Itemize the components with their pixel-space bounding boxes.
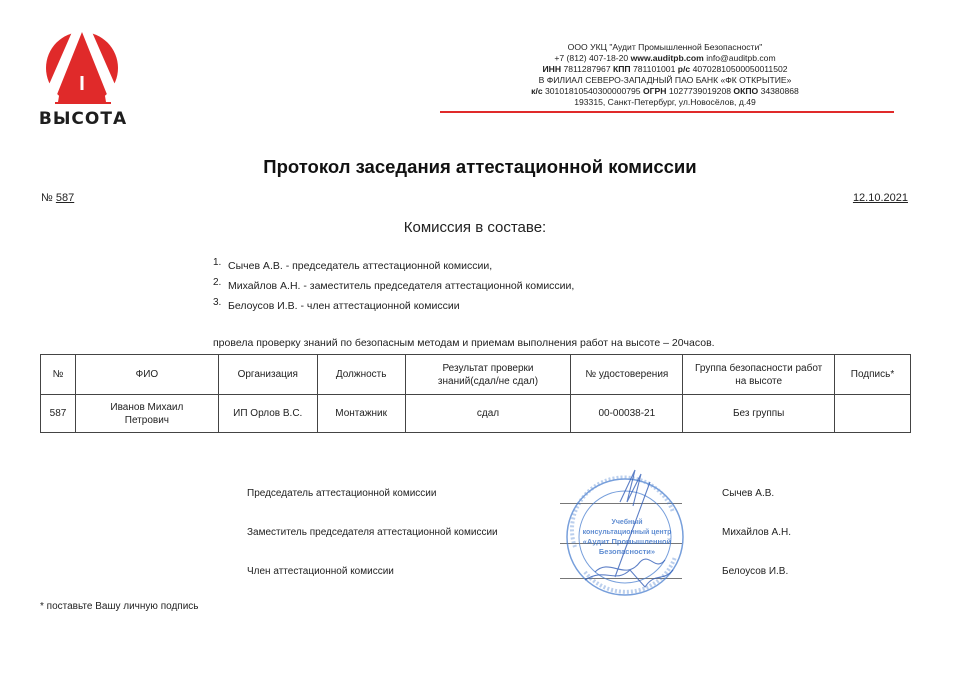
commission-members: 1. Сычев А.В. - председатель аттестацион… xyxy=(213,260,574,320)
stamp-line: консультационный центр xyxy=(583,528,672,536)
table-header-row: № ФИО Организация Должность Результат пр… xyxy=(41,355,911,395)
number-value: 587 xyxy=(56,192,74,204)
document-number: № 587 xyxy=(41,192,74,204)
company-website[interactable]: www.auditpb.com xyxy=(631,53,704,63)
header-cell: Должность xyxy=(317,355,405,395)
member-number: 2. xyxy=(213,277,228,288)
rs-value: 40702810500050011502 xyxy=(693,64,788,74)
member-number: 1. xyxy=(213,257,228,268)
company-email[interactable]: info@auditpb.com xyxy=(706,53,775,63)
signature-name-deputy: Михайлов А.Н. xyxy=(722,527,791,538)
member-number: 3. xyxy=(213,297,228,308)
signature-role-chairman: Председатель аттестационной комиссии xyxy=(247,488,436,499)
header-cell: № xyxy=(41,355,76,395)
member-item: 1. Сычев А.В. - председатель аттестацион… xyxy=(213,260,574,280)
rs-label: р/с xyxy=(678,64,690,74)
cell-certificate: 00-00038-21 xyxy=(571,395,683,433)
stamp-line: Учебный xyxy=(611,518,642,526)
member-item: 3. Белоусов И.В. - член аттестационной к… xyxy=(213,300,574,320)
logo-text: ВЫСОТА xyxy=(38,109,128,129)
table-row: 587 Иванов Михаил Петрович ИП Орлов В.С.… xyxy=(41,395,911,433)
kpp-label: КПП xyxy=(613,64,631,74)
ogrn-value: 1027739019208 xyxy=(669,86,731,96)
company-address: 193315, Санкт-Петербург, ул.Новосёлов, д… xyxy=(440,97,890,108)
company-details: ООО УКЦ "Аудит Промышленной Безопасности… xyxy=(440,42,890,108)
document-date: 12.10.2021 xyxy=(853,192,908,204)
commission-heading: Комиссия в составе: xyxy=(0,219,950,236)
intro-text: провела проверку знаний по безопасным ме… xyxy=(213,337,715,349)
signature-name-chairman: Сычев А.В. xyxy=(722,488,774,499)
header-cell: Результат проверки знаний(сдал/не сдал) xyxy=(405,355,571,395)
signature-role-member: Член аттестационной комиссии xyxy=(247,566,394,577)
logo-divider xyxy=(55,102,111,104)
cell-number: 587 xyxy=(41,395,76,433)
cell-organization: ИП Орлов В.С. xyxy=(218,395,317,433)
header-cell: ФИО xyxy=(75,355,218,395)
okpo-value: 34380868 xyxy=(761,86,799,96)
results-table: № ФИО Организация Должность Результат пр… xyxy=(40,354,911,433)
company-phone: +7 (812) 407-18-20 xyxy=(554,53,628,63)
ks-label: к/с xyxy=(531,86,542,96)
member-item: 2. Михайлов А.Н. - заместитель председат… xyxy=(213,280,574,300)
signature-name-member: Белоусов И.В. xyxy=(722,566,788,577)
kpp-value: 781101001 xyxy=(633,64,675,74)
cell-signature xyxy=(835,395,911,433)
document-title: Протокол заседания аттестационной комисс… xyxy=(0,156,960,178)
official-stamp: Учебный консультационный центр «Аудит Пр… xyxy=(555,462,700,597)
stamp-line: Безопасности» xyxy=(599,547,655,556)
header-cell: Группа безопасности работ на высоте xyxy=(683,355,835,395)
header-cell: Организация xyxy=(218,355,317,395)
ks-value: 30101810540300000795 xyxy=(545,86,641,96)
inn-label: ИНН xyxy=(542,64,561,74)
cell-result: сдал xyxy=(405,395,571,433)
company-bank: В ФИЛИАЛ СЕВЕРО-ЗАПАДНЫЙ ПАО БАНК «ФК ОТ… xyxy=(440,75,890,86)
header-cell: № удостоверения xyxy=(571,355,683,395)
footnote: * поставьте Вашу личную подпись xyxy=(40,601,199,612)
member-text: Михайлов А.Н. - заместитель председателя… xyxy=(228,280,574,292)
ogrn-label: ОГРН xyxy=(643,86,667,96)
cell-fio: Иванов Михаил Петрович xyxy=(75,395,218,433)
header-cell: Подпись* xyxy=(835,355,911,395)
company-name: ООО УКЦ "Аудит Промышленной Безопасности… xyxy=(440,42,890,53)
signature-role-deputy: Заместитель председателя аттестационной … xyxy=(247,527,498,538)
cell-safety-group: Без группы xyxy=(683,395,835,433)
cell-position: Монтажник xyxy=(317,395,405,433)
header-divider xyxy=(440,111,894,113)
okpo-label: ОКПО xyxy=(733,86,758,96)
member-text: Сычев А.В. - председатель аттестационной… xyxy=(228,260,492,272)
member-text: Белоусов И.В. - член аттестационной коми… xyxy=(228,300,460,312)
inn-value: 7811287967 xyxy=(563,64,610,74)
number-label: № xyxy=(41,192,53,204)
